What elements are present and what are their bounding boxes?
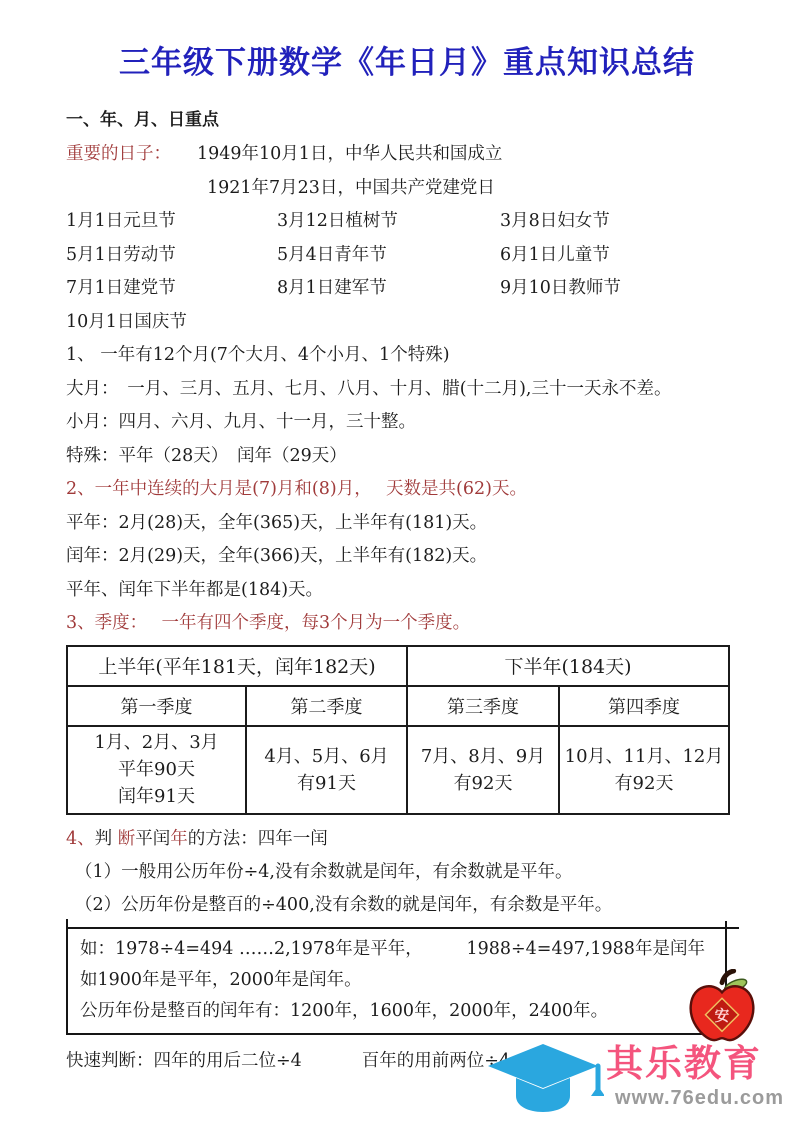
important-dates-label: 重要的日子：: [66, 144, 171, 164]
holiday-national-day: 10月1日国庆节: [66, 306, 748, 340]
brand-text-block: 其乐教育 www.76edu.com: [606, 1042, 784, 1110]
method-2-line: （2）公历年份是整百的÷400,没有余数的就是闰年，有余数是平年。: [66, 889, 748, 922]
point3-quarters: 3、季度： 一年有四个季度，每3个月为一个季度。: [66, 607, 748, 641]
point4-seg: 年: [170, 829, 188, 849]
quarter4-months: 10月、11月、12月: [560, 743, 728, 770]
holiday-item: 3月12日植树节: [277, 205, 500, 239]
quarter2-days: 有91天: [247, 770, 406, 797]
brand-logo: 其乐教育 www.76edu.com: [486, 1042, 784, 1118]
table-row-quarter-names: 第一季度 第二季度 第三季度 第四季度: [67, 686, 729, 726]
point4-seg: 的方法：四年一闰: [188, 829, 328, 849]
quarter1-detail-cell: 1月、2月、3月 平年90天 闰年91天: [67, 726, 246, 814]
page-title: 三年级下册数学《年日月》重点知识总结: [66, 40, 748, 86]
document-content: 三年级下册数学《年日月》重点知识总结 一、年、月、日重点 重要的日子：1949年…: [0, 40, 794, 1079]
quick-judge-left: 快速判断：四年的用后二位÷4: [66, 1051, 302, 1071]
quarter1-common-days: 平年90天: [68, 756, 245, 783]
example-division-line: 如：1978÷4=494 ……2,1978年是平年， 1988÷4=497,19…: [80, 934, 713, 965]
holiday-row-3: 7月1日建党节 8月1日建军节 9月10日教师节: [66, 272, 748, 306]
holiday-item: 5月4日青年节: [277, 239, 500, 273]
brand-name: 其乐教育: [606, 1042, 784, 1086]
quarter2-detail-cell: 4月、5月、6月 有91天: [246, 726, 407, 814]
important-dates-line1: 重要的日子：1949年10月1日，中华人民共和国成立: [66, 138, 748, 172]
quarter4-header-cell: 第四季度: [559, 686, 729, 726]
point2-consecutive-months: 2、一年中连续的大月是(7)月和(8)月， 天数是共(62)天。: [66, 473, 748, 507]
holiday-item: 6月1日儿童节: [500, 239, 748, 273]
apple-stamp-icon: 安: [683, 969, 761, 1045]
first-half-header-cell: 上半年(平年181天，闰年182天): [67, 646, 407, 686]
examples-box: 如：1978÷4=494 ……2,1978年是平年， 1988÷4=497,19…: [66, 927, 727, 1035]
table-row-quarter-details: 1月、2月、3月 平年90天 闰年91天 4月、5月、6月 有91天 7月、8月…: [67, 726, 729, 814]
example-leap-centuries-line: 公历年份是整百的闰年有：1200年，1600年，2000年，2400年。: [80, 996, 713, 1027]
document-page: 三年级下册数学《年日月》重点知识总结 一、年、月、日重点 重要的日子：1949年…: [0, 0, 794, 1122]
quarter1-header-cell: 第一季度: [67, 686, 246, 726]
holiday-row-1: 1月1日元旦节 3月12日植树节 3月8日妇女节: [66, 205, 748, 239]
holiday-row-2: 5月1日劳动节 5月4日青年节 6月1日儿童节: [66, 239, 748, 273]
point4-seg: 断: [118, 829, 136, 849]
quarter1-leap-days: 闰年91天: [68, 783, 245, 810]
quarter2-months: 4月、5月、6月: [247, 743, 406, 770]
special-february-line: 特殊：平年（28天） 闰年（29天）: [66, 440, 748, 474]
leap-year-line: 闰年：2月(29)天，全年(366)天，上半年有(182)天。: [66, 540, 748, 574]
holiday-item: 8月1日建军节: [277, 272, 500, 306]
point4-seg: 4、: [66, 829, 95, 849]
holiday-item: 1月1日元旦节: [66, 205, 277, 239]
holiday-item: 3月8日妇女节: [500, 205, 748, 239]
apple-stamp-character: 安: [715, 1007, 730, 1025]
example-century-line: 如1900年是平年，2000年是闰年。: [80, 965, 713, 996]
second-half-header-cell: 下半年(184天): [407, 646, 729, 686]
holiday-item: 5月1日劳动节: [66, 239, 277, 273]
second-half-line: 平年、闰年下半年都是(184)天。: [66, 574, 748, 608]
common-year-line: 平年：2月(28)天，全年(365)天，上半年有(181)天。: [66, 507, 748, 541]
point4-seg: 平闰: [135, 829, 170, 849]
point1-months-overview: 1、 一年有12个月(7个大月、4个小月、1个特殊): [66, 339, 748, 373]
point4-seg: 判: [95, 829, 118, 849]
box-border-tick: [725, 921, 727, 929]
graduation-cap-icon: [486, 1042, 606, 1118]
quarters-table: 上半年(平年181天，闰年182天) 下半年(184天) 第一季度 第二季度 第…: [66, 645, 730, 815]
important-date-1949: 1949年10月1日，中华人民共和国成立: [197, 144, 502, 164]
apple-icon: 安: [683, 969, 761, 1045]
big-months-line: 大月： 一月、三月、五月、七月、八月、十月、腊(十二月),三十一天永不差。: [66, 373, 748, 407]
section-heading: 一、年、月、日重点: [66, 108, 748, 132]
holiday-item: 7月1日建党节: [66, 272, 277, 306]
holiday-item: 9月10日教师节: [500, 272, 748, 306]
quarter3-detail-cell: 7月、8月、9月 有92天: [407, 726, 559, 814]
quarter3-header-cell: 第三季度: [407, 686, 559, 726]
quarter3-days: 有92天: [408, 770, 558, 797]
quarter4-detail-cell: 10月、11月、12月 有92天: [559, 726, 729, 814]
important-date-1921: 1921年7月23日，中国共产党建党日: [66, 172, 748, 206]
quarter2-header-cell: 第二季度: [246, 686, 407, 726]
quarter4-days: 有92天: [560, 770, 728, 797]
method-1-line: （1）一般用公历年份÷4,没有余数就是闰年，有余数就是平年。: [66, 856, 748, 889]
point4-leap-method: 4、判 断平闰年的方法：四年一闰: [66, 823, 748, 857]
quarter1-months: 1月、2月、3月: [68, 729, 245, 756]
quarter3-months: 7月、8月、9月: [408, 743, 558, 770]
brand-url: www.76edu.com: [606, 1086, 784, 1110]
table-row-half-year: 上半年(平年181天，闰年182天) 下半年(184天): [67, 646, 729, 686]
small-months-line: 小月：四月、六月、九月、十一月，三十整。: [66, 406, 748, 440]
